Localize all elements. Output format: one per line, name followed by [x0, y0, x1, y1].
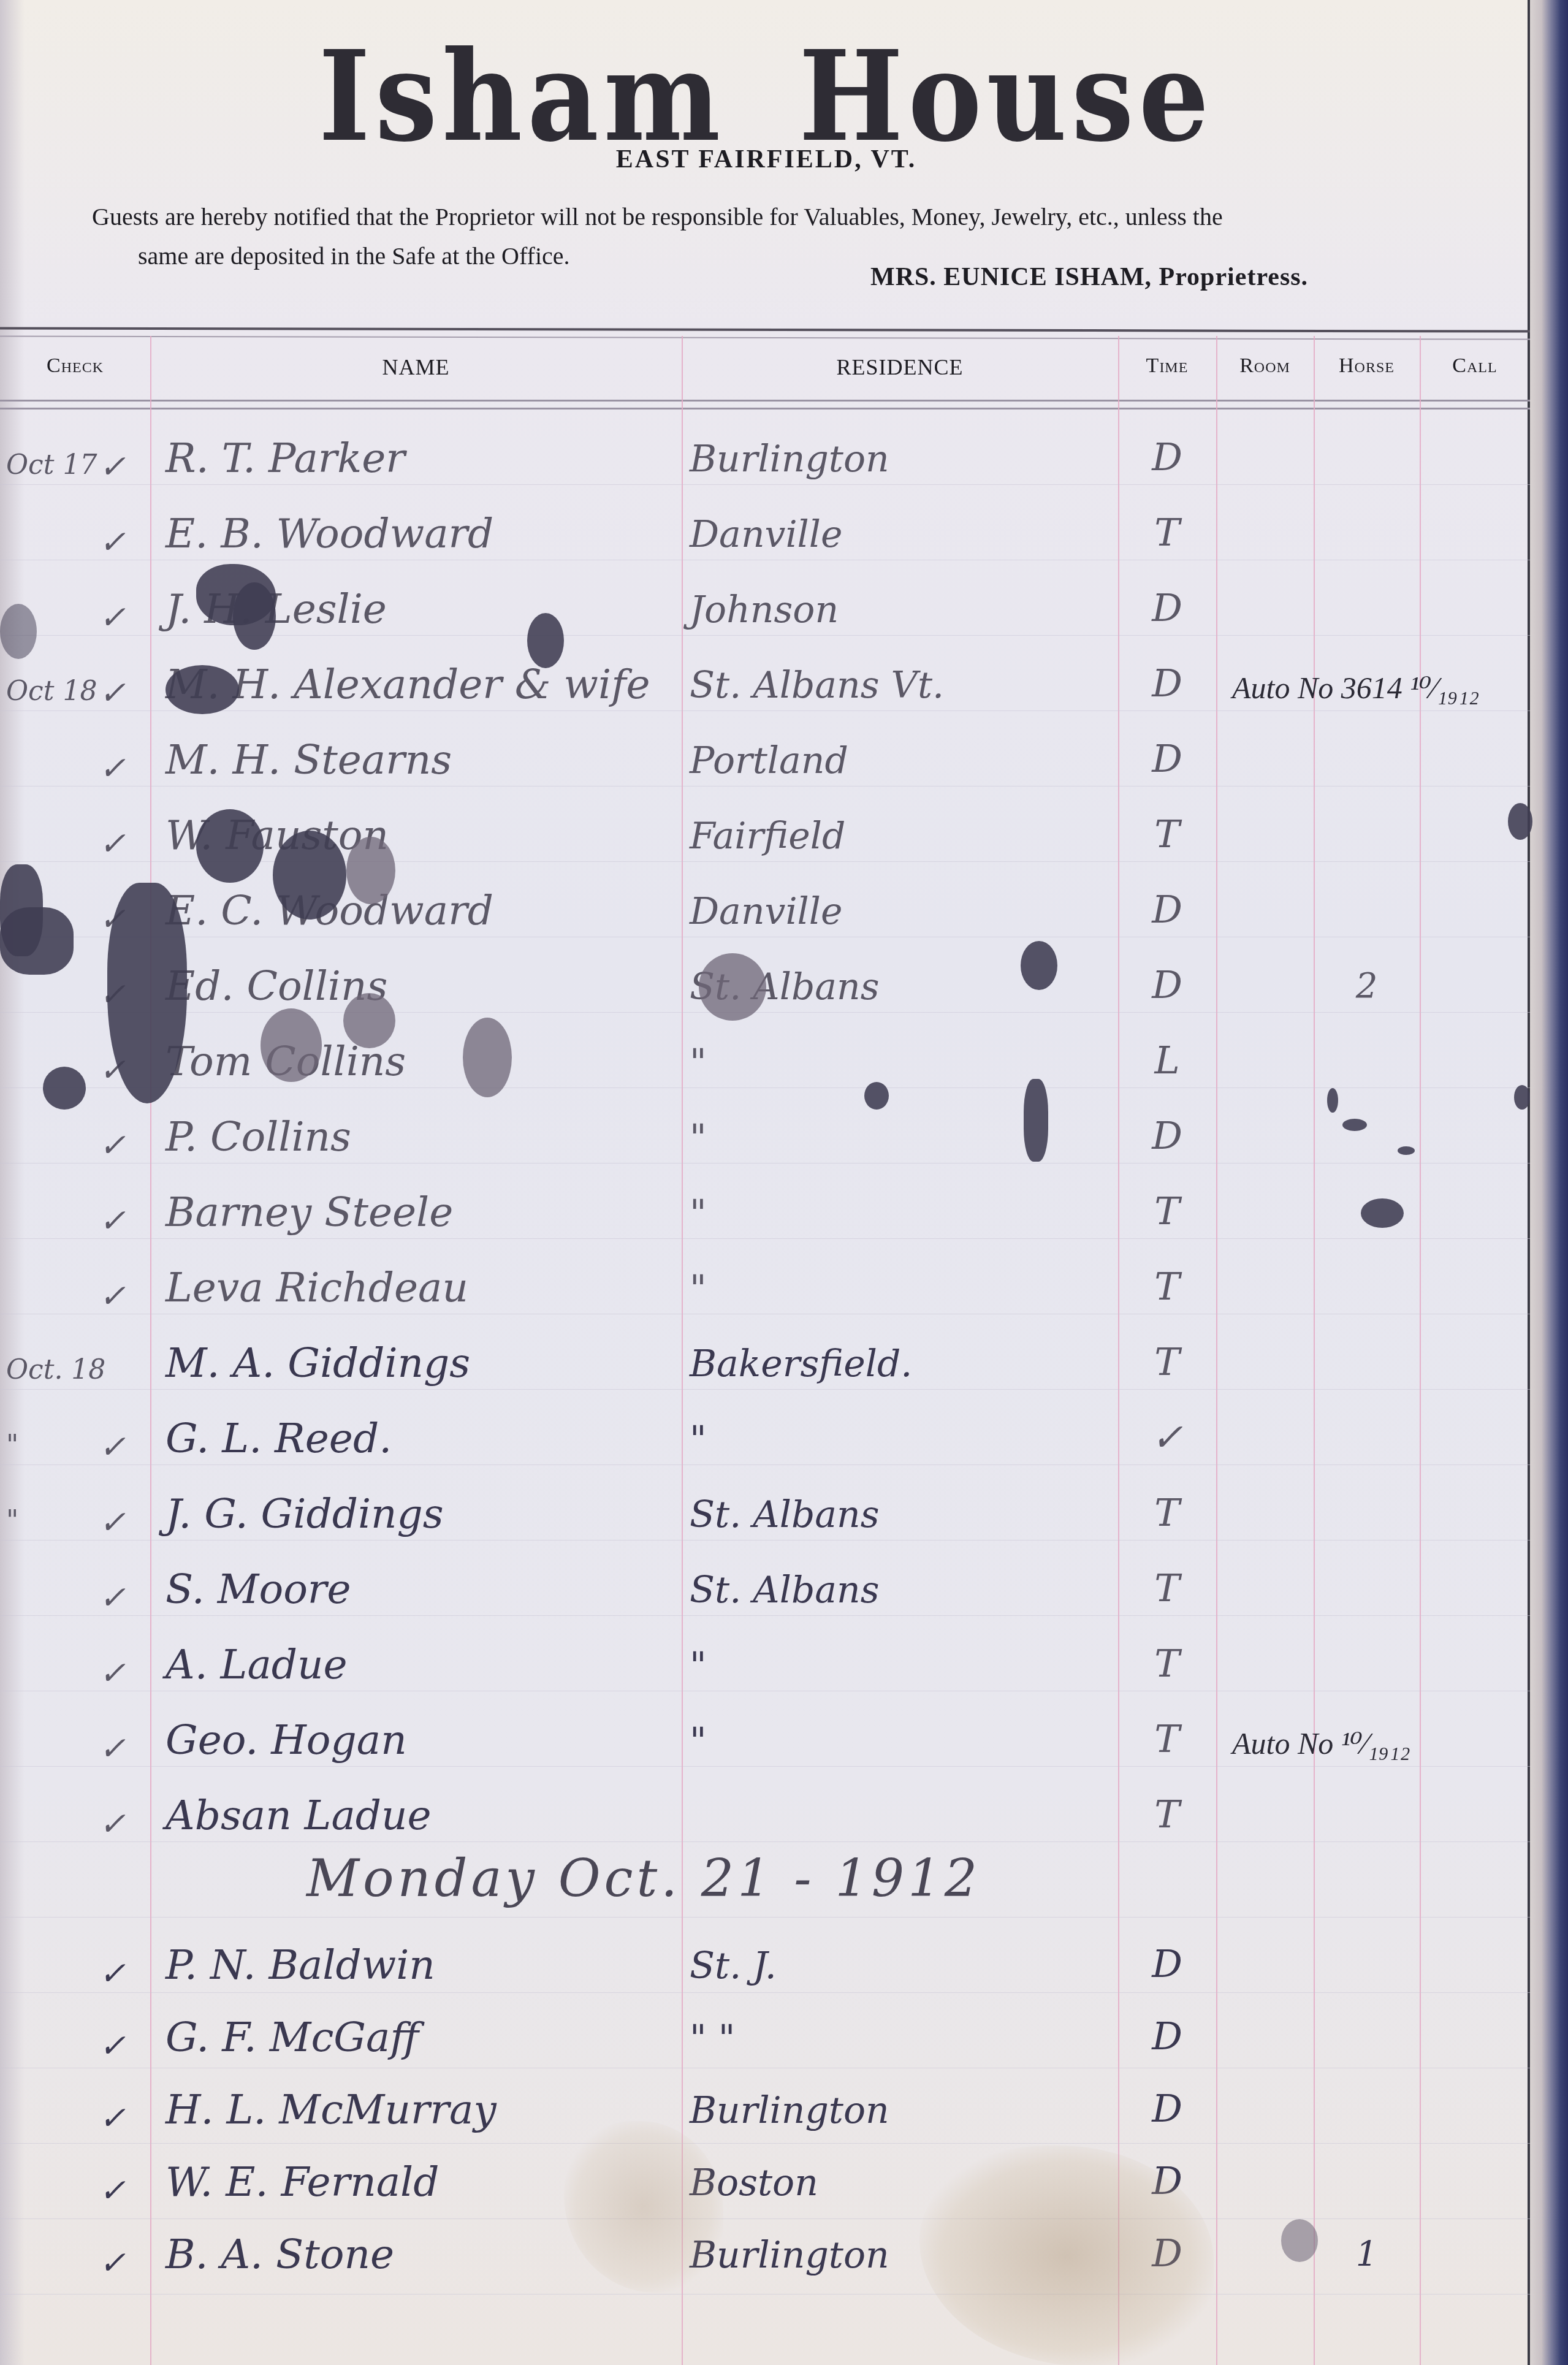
- horse-count: [1314, 789, 1420, 863]
- horse-count: [1314, 1919, 1420, 1992]
- check-mark: ✓: [0, 2136, 150, 2209]
- horse-count: [1314, 1991, 1420, 2065]
- horse-count: 2: [1314, 940, 1420, 1013]
- column-header-call: Call: [1420, 354, 1530, 378]
- guest-residence: Danville: [690, 864, 1113, 938]
- room-number: [1216, 789, 1314, 863]
- guest-name: G. L. Reed.: [166, 1392, 680, 1466]
- guest-residence: ": [690, 1618, 1113, 1692]
- register-row: ✓Leva Richdeau"T: [0, 1241, 1530, 1315]
- register-row: ✓W. E. FernaldBostonD: [0, 2136, 1530, 2209]
- entry-date: ": [6, 1505, 18, 1536]
- guest-name: M. H. Stearns: [166, 714, 680, 787]
- column-header-rule: [0, 400, 1530, 409]
- guest-residence: [690, 1769, 1113, 1843]
- call-note: [1420, 864, 1530, 938]
- guest-name: Absan Ladue: [166, 1769, 680, 1843]
- check-mark: ✓: [0, 1166, 150, 1240]
- proprietress-line: MRS. EUNICE ISHAM, Proprietress.: [870, 262, 1308, 292]
- room-number: [1216, 1392, 1314, 1466]
- guest-residence: St. Albans: [690, 1468, 1113, 1541]
- time-mark: T: [1118, 1166, 1216, 1240]
- register-row: ✓E. B. WoodwardDanvilleT: [0, 487, 1530, 561]
- guest-name: R. T. Parker: [166, 412, 680, 486]
- check-mark: ✓: [0, 1468, 150, 1541]
- register-row: ✓Tom Collins"L: [0, 1015, 1530, 1089]
- call-note: [1420, 563, 1530, 636]
- call-note: [1420, 1015, 1530, 1089]
- auto-remark: Auto No 3614 ¹⁰⁄₁₉₁₂: [1232, 670, 1479, 706]
- ink-blot: [1342, 1119, 1367, 1131]
- guest-residence: St. Albans: [690, 1543, 1113, 1617]
- room-number: [1216, 940, 1314, 1013]
- room-number: [1216, 412, 1314, 486]
- horse-count: [1314, 1317, 1420, 1390]
- register-row: ✓A. Ladue"T: [0, 1618, 1530, 1692]
- day-heading: Monday Oct. 21 - 1912: [306, 1848, 1165, 1908]
- call-note: [1420, 940, 1530, 1013]
- ink-blot: [343, 993, 395, 1048]
- check-mark: ✓: [0, 714, 150, 787]
- register-row: ✓M. H. StearnsPortlandD: [0, 714, 1530, 787]
- guest-name: Geo. Hogan: [166, 1694, 680, 1767]
- call-note: [1420, 714, 1530, 787]
- time-mark: D: [1118, 412, 1216, 486]
- room-number: [1216, 1543, 1314, 1617]
- time-mark: D: [1118, 940, 1216, 1013]
- call-note: [1420, 1166, 1530, 1240]
- check-mark: ✓: [0, 1543, 150, 1617]
- check-mark: ✓: [0, 487, 150, 561]
- horse-count: [1314, 1468, 1420, 1541]
- check-mark: ✓: [0, 1769, 150, 1843]
- horse-count: [1314, 864, 1420, 938]
- time-mark: T: [1118, 1543, 1216, 1617]
- room-number: [1216, 1317, 1314, 1390]
- time-mark: T: [1118, 487, 1216, 561]
- check-mark: ✓: [0, 1694, 150, 1767]
- time-mark: ✓: [1118, 1392, 1216, 1466]
- ink-blot: [0, 604, 37, 659]
- horse-count: 1: [1314, 2208, 1420, 2282]
- time-mark: L: [1118, 1015, 1216, 1089]
- time-mark: T: [1118, 1317, 1216, 1390]
- guest-name: J. G. Giddings: [166, 1468, 680, 1541]
- check-mark: ✓: [0, 1241, 150, 1315]
- guest-residence: Danville: [690, 487, 1113, 561]
- ink-blot: [1021, 941, 1057, 990]
- room-number: [1216, 864, 1314, 938]
- guest-name: E. B. Woodward: [166, 487, 680, 561]
- time-mark: T: [1118, 1468, 1216, 1541]
- auto-remark: Auto No ¹⁰⁄₁₉₁₂: [1232, 1726, 1410, 1761]
- room-number: [1216, 563, 1314, 636]
- notice-line-1: Guests are hereby notified that the Prop…: [92, 203, 1223, 230]
- register-row: ✓H. L. McMurrayBurlingtonD: [0, 2063, 1530, 2137]
- ink-blot: [166, 665, 239, 714]
- ink-blot: [43, 1067, 86, 1110]
- register-row: Oct. 18M. A. GiddingsBakersfield.T: [0, 1317, 1530, 1390]
- ink-blot: [233, 582, 276, 650]
- time-mark: D: [1118, 1991, 1216, 2065]
- horse-count: [1314, 487, 1420, 561]
- register-row: ✓Geo. Hogan"TAuto No ¹⁰⁄₁₉₁₂: [0, 1694, 1530, 1767]
- ink-blot: [1514, 1085, 1530, 1110]
- column-header-residence: RESIDENCE: [682, 354, 1118, 380]
- horse-count: [1314, 1543, 1420, 1617]
- register-row: ✓G. F. McGaff" "D: [0, 1991, 1530, 2065]
- time-mark: D: [1118, 2063, 1216, 2137]
- time-mark: T: [1118, 1618, 1216, 1692]
- time-mark: D: [1118, 638, 1216, 712]
- row-rule: [0, 2294, 1530, 2295]
- guest-name: Tom Collins: [166, 1015, 680, 1089]
- guest-name: A. Ladue: [166, 1618, 680, 1692]
- column-header-check: Check: [0, 354, 150, 378]
- call-note: [1420, 1091, 1530, 1164]
- horse-count: [1314, 1769, 1420, 1843]
- call-note: [1420, 1769, 1530, 1843]
- horse-count: [1314, 563, 1420, 636]
- entry-date: ": [6, 1430, 18, 1461]
- register-row: ✓P. Collins"D: [0, 1091, 1530, 1164]
- guest-residence: Burlington: [690, 412, 1113, 486]
- row-rule: [0, 1917, 1530, 1918]
- ink-blot: [261, 1008, 322, 1082]
- check-mark: ✓: [0, 789, 150, 863]
- horse-count: [1314, 412, 1420, 486]
- call-note: [1420, 1241, 1530, 1315]
- time-mark: D: [1118, 864, 1216, 938]
- check-mark: ✓: [0, 1919, 150, 1992]
- column-header-room: Room: [1216, 354, 1314, 378]
- ink-blot: [1361, 1198, 1404, 1228]
- guest-name: Ed. Collins: [166, 940, 680, 1013]
- guest-residence: Fairfield: [690, 789, 1113, 863]
- time-mark: T: [1118, 789, 1216, 863]
- horse-count: [1314, 1392, 1420, 1466]
- room-number: [1216, 1618, 1314, 1692]
- call-note: [1420, 1543, 1530, 1617]
- guest-residence: ": [690, 1166, 1113, 1240]
- guest-residence: ": [690, 1091, 1113, 1164]
- ink-blot: [1327, 1088, 1338, 1113]
- room-number: [1216, 1091, 1314, 1164]
- guest-name: M. A. Giddings: [166, 1317, 680, 1390]
- call-note: [1420, 1694, 1530, 1767]
- book-binding: [1530, 0, 1568, 2365]
- register-row: ✓"G. L. Reed."✓: [0, 1392, 1530, 1466]
- call-note: [1420, 487, 1530, 561]
- horse-count: [1314, 714, 1420, 787]
- room-number: [1216, 487, 1314, 561]
- horse-count: [1314, 1618, 1420, 1692]
- guest-residence: Portland: [690, 714, 1113, 787]
- room-number: [1216, 1769, 1314, 1843]
- time-mark: D: [1118, 1091, 1216, 1164]
- time-mark: T: [1118, 1241, 1216, 1315]
- guest-residence: St. Albans Vt.: [690, 638, 1113, 712]
- column-header-time: Time: [1118, 354, 1216, 378]
- ink-blot: [273, 831, 346, 920]
- call-note: [1420, 1618, 1530, 1692]
- check-mark: ✓: [0, 2063, 150, 2137]
- check-mark: ✓: [0, 2208, 150, 2282]
- register-row: ✓P. N. BaldwinSt. J.D: [0, 1919, 1530, 1992]
- guest-residence: ": [690, 1015, 1113, 1089]
- guest-name: P. Collins: [166, 1091, 680, 1164]
- guest-residence: Johnson: [690, 563, 1113, 636]
- guest-name: S. Moore: [166, 1543, 680, 1617]
- room-number: [1216, 1166, 1314, 1240]
- ink-blot: [699, 953, 766, 1021]
- ink-blot: [0, 907, 74, 975]
- ink-blot: [107, 883, 187, 1103]
- register-row: ✓Absan LadueT: [0, 1769, 1530, 1843]
- column-header-horse: Horse: [1314, 354, 1420, 378]
- register-row: ✓S. MooreSt. AlbansT: [0, 1543, 1530, 1617]
- time-mark: D: [1118, 563, 1216, 636]
- check-mark: ✓: [0, 1392, 150, 1466]
- ink-blot: [1024, 1079, 1048, 1162]
- guest-name: H. L. McMurray: [166, 2063, 680, 2137]
- room-number: [1216, 1015, 1314, 1089]
- horse-count: [1314, 1241, 1420, 1315]
- time-mark: T: [1118, 1694, 1216, 1767]
- time-mark: D: [1118, 714, 1216, 787]
- horse-count: [1314, 1015, 1420, 1089]
- entry-date: Oct 18: [6, 676, 97, 707]
- guest-name: P. N. Baldwin: [166, 1919, 680, 1992]
- guest-name: G. F. McGaff: [166, 1991, 680, 2065]
- ink-blot: [527, 613, 564, 668]
- column-header-name: NAME: [150, 354, 682, 380]
- register-row: ✓"J. G. GiddingsSt. AlbansT: [0, 1468, 1530, 1541]
- guest-residence: Bakersfield.: [690, 1317, 1113, 1390]
- ink-blot: [463, 1018, 512, 1097]
- guest-name: M. H. Alexander & wife: [166, 638, 680, 712]
- ink-blot: [196, 809, 264, 883]
- call-note: [1420, 412, 1530, 486]
- register-row: ✓Oct 17R. T. ParkerBurlingtonD: [0, 412, 1530, 486]
- check-mark: ✓: [0, 1991, 150, 2065]
- entry-date: Oct. 18: [6, 1354, 105, 1385]
- call-note: [1420, 1392, 1530, 1466]
- room-number: [1216, 714, 1314, 787]
- register-row: ✓Barney Steele"T: [0, 1166, 1530, 1240]
- guest-residence: ": [690, 1241, 1113, 1315]
- room-number: [1216, 1468, 1314, 1541]
- guest-residence: " ": [690, 1991, 1113, 2065]
- call-note: [1420, 1468, 1530, 1541]
- ink-blot: [1281, 2219, 1318, 2262]
- entry-date: Oct 17: [6, 449, 97, 481]
- call-note: [1420, 1317, 1530, 1390]
- horse-count: [1314, 2136, 1420, 2209]
- guest-residence: Burlington: [690, 2063, 1113, 2137]
- time-mark: T: [1118, 1769, 1216, 1843]
- guest-name: Barney Steele: [166, 1166, 680, 1240]
- check-mark: ✓: [0, 1618, 150, 1692]
- guest-name: Leva Richdeau: [166, 1241, 680, 1315]
- register-row: ✓Ed. CollinsSt. AlbansD2: [0, 940, 1530, 1013]
- guest-residence: ": [690, 1694, 1113, 1767]
- ink-blot: [864, 1082, 889, 1110]
- time-mark: D: [1118, 1919, 1216, 1992]
- room-number: [1216, 1241, 1314, 1315]
- guest-residence: ": [690, 1392, 1113, 1466]
- guest-residence: St. J.: [690, 1919, 1113, 1992]
- ink-blot: [1398, 1146, 1415, 1155]
- horse-count: [1314, 2063, 1420, 2137]
- ink-blot: [346, 837, 395, 904]
- ink-blot: [1508, 803, 1532, 840]
- hotel-location: EAST FAIRFIELD, VT.: [0, 145, 1532, 174]
